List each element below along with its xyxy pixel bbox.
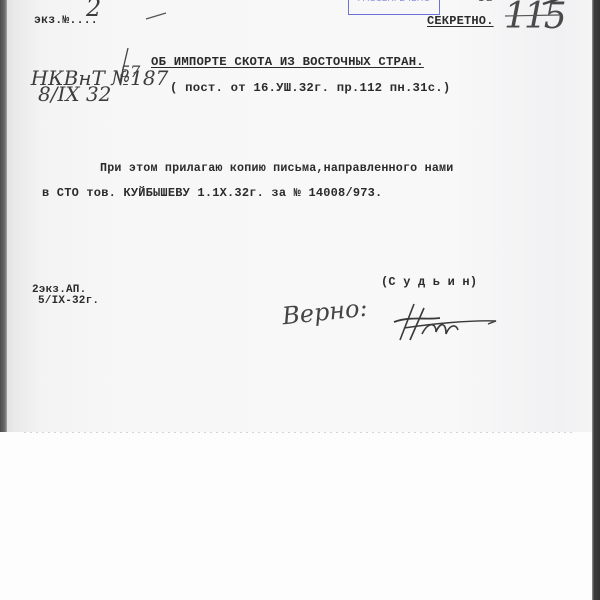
classification-label: СЕКРЕТНО. <box>427 14 494 28</box>
document-subtitle: ( пост. от 16.УШ.32г. пр.112 пн.31с.) <box>170 81 450 95</box>
body-line-2: в СТО тов. КУЙБЫШЕВУ 1.1Х.32г. за № 1400… <box>42 186 382 200</box>
registration-fraction: 57 <box>120 62 140 81</box>
body-line-1: При этом прилагаю копию письма,направлен… <box>100 161 453 175</box>
pencil-strike-line <box>495 0 565 20</box>
copy-number-handwritten: 2 <box>86 0 101 22</box>
registration-date-handwritten: 8/IX 32 <box>38 82 111 106</box>
stamp-text: РАССЕКРЕЧЕНО <box>357 0 430 4</box>
footer-date-note: 5/IX-32г. <box>38 296 99 307</box>
declassified-stamp: РАССЕКРЕЧЕНО <box>348 0 440 15</box>
left-scan-border <box>0 0 7 432</box>
right-scan-border <box>592 0 600 600</box>
document-title: ОБ ИМПОРТЕ СКОТА ИЗ ВОСТОЧНЫХ СТРАН. <box>151 55 424 69</box>
handwritten-small-number: 13 <box>478 0 495 5</box>
signatory-name: (С у д ь и н) <box>381 275 477 289</box>
pencil-dash-mark <box>144 10 168 22</box>
signature-scribble <box>380 300 510 350</box>
scan-edge-line <box>24 432 572 433</box>
